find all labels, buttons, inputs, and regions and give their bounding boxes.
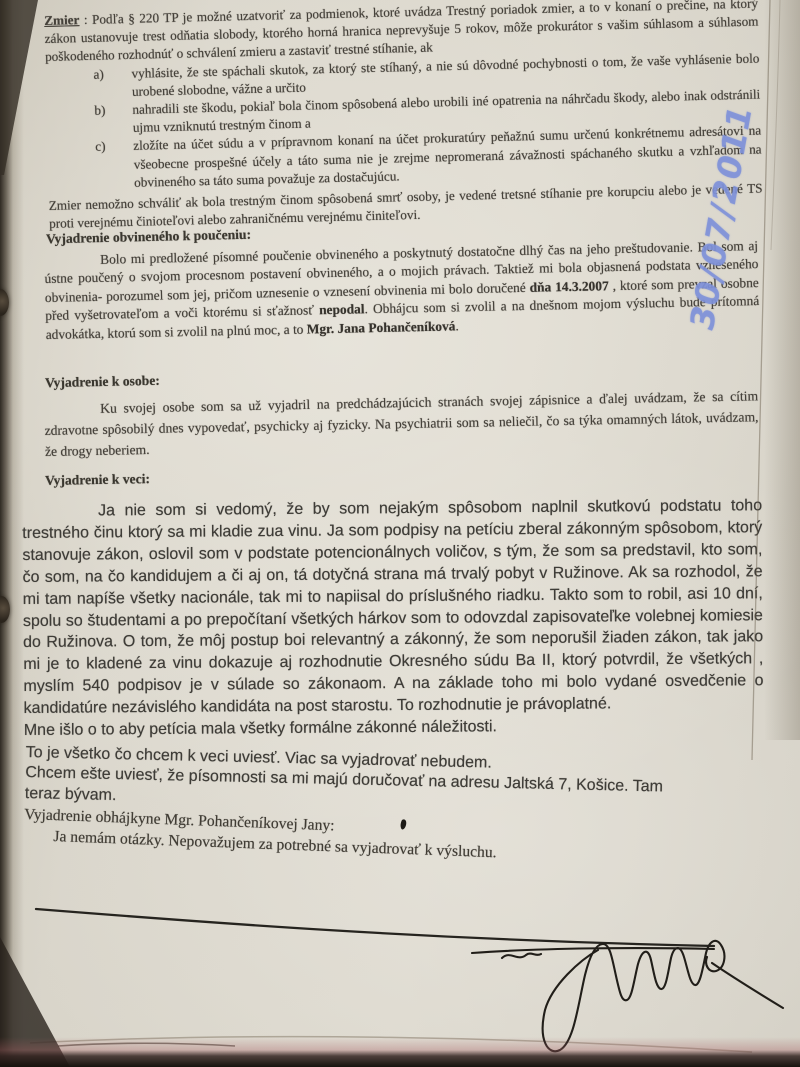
vec-line2: Mne išlo o to aby petícia mala všetky fo… xyxy=(24,714,764,742)
punch-hole-bottom xyxy=(0,596,10,623)
signature-flourish xyxy=(472,948,714,953)
vec-block: Ja nie som si vedomý, že by som nejakým … xyxy=(22,495,764,742)
strike-line xyxy=(36,909,714,946)
poucenie-paragraph: Bolo mi predložené písomné poučenie obvi… xyxy=(44,237,760,344)
right-edge-shade xyxy=(764,0,800,740)
poucenie-date: dňa 14.3.2007 xyxy=(529,278,608,295)
zmier-label: Zmier xyxy=(44,12,80,28)
paper-crease-dark xyxy=(58,1043,235,1046)
section-zaver: To je všetko čo chcem k veci uviesť. Via… xyxy=(24,743,740,862)
vec-paragraph: Ja nie som si vedomý, že by som nejakým … xyxy=(22,495,764,720)
signature-tail xyxy=(712,963,783,1008)
osoba-paragraph: Ku svojej osobe som sa už vyjadril na pr… xyxy=(44,385,759,462)
top-left-corner-shadow xyxy=(0,0,40,175)
item-marker-c: c) xyxy=(95,138,106,156)
section-zmier: Zmier : Podľa § 220 TP je možné uzatvori… xyxy=(44,0,763,233)
left-edge-shadow xyxy=(0,0,24,1067)
document-page: Zmier : Podľa § 220 TP je možné uzatvori… xyxy=(0,0,800,1067)
bottom-left-corner-shadow xyxy=(0,937,70,1067)
bottom-edge-shadow xyxy=(0,1025,800,1067)
poucenie-seg7: . xyxy=(455,318,459,333)
poucenie-nepodal: nepodal xyxy=(319,302,365,318)
paper-crease xyxy=(30,1037,752,1052)
signature xyxy=(472,941,783,1051)
item-marker-b: b) xyxy=(94,102,105,120)
signature-main xyxy=(543,941,725,1051)
item-marker-a: a) xyxy=(93,65,104,83)
heading-osoba: Vyjadrenie k osobe: xyxy=(45,373,160,391)
punch-hole-top xyxy=(0,289,9,316)
signature-scribble xyxy=(502,954,541,958)
poucenie-advocate-name: Mgr. Jana Pohančeníková xyxy=(307,318,456,336)
heading-vec: Vyjadrenie k veci: xyxy=(45,471,150,489)
page-edge-line-2 xyxy=(771,0,780,250)
heading-poucenie: Vyjadrenie obvineného k poučeniu: xyxy=(46,227,251,248)
